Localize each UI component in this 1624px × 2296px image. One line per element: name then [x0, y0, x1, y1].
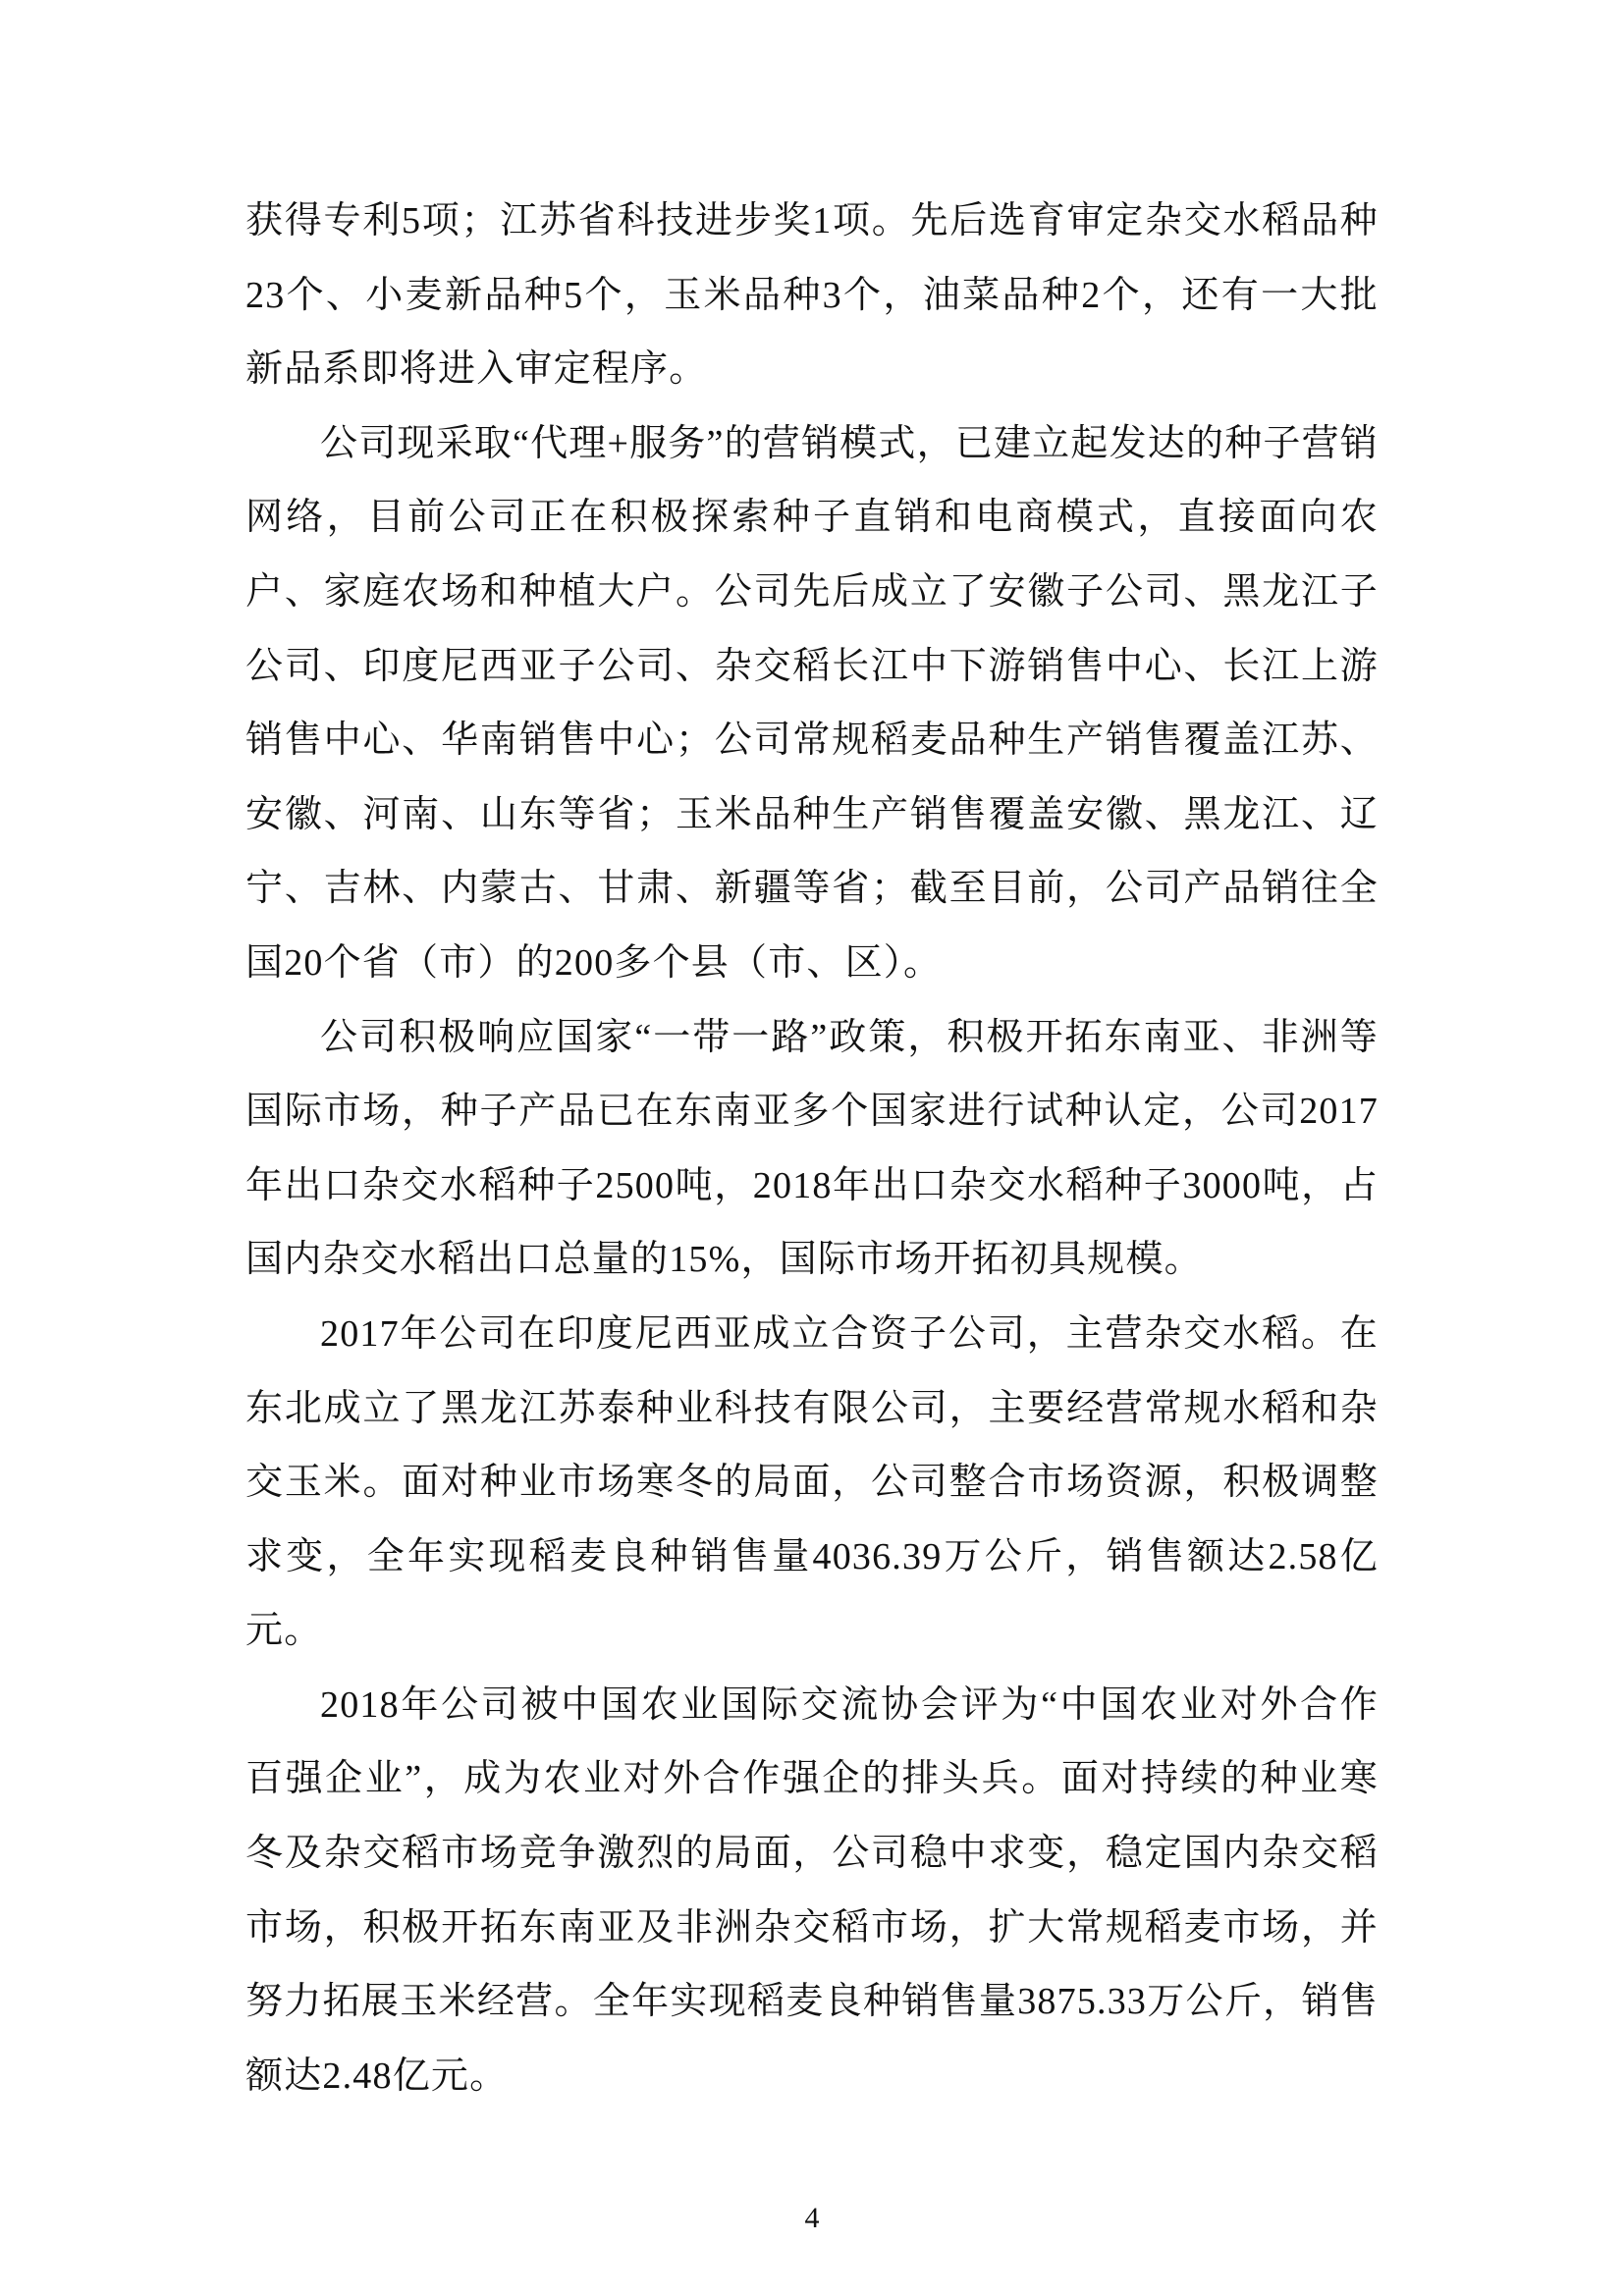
- body-text: 获得专利5项；江苏省科技进步奖1项。先后选育审定杂交水稻品种23个、小麦新品种5…: [245, 185, 1379, 2113]
- paragraph-2018-results: 2018年公司被中国农业国际交流协会评为“中国农业对外合作百强企业”，成为农业对…: [245, 1669, 1379, 2114]
- page-number: 4: [0, 2199, 1624, 2238]
- document-page: 获得专利5项；江苏省科技进步奖1项。先后选育审定杂交水稻品种23个、小麦新品种5…: [0, 0, 1624, 2296]
- paragraph-marketing-network: 公司现采取“代理+服务”的营销模式，已建立起发达的种子营销网络，目前公司正在积极…: [245, 407, 1379, 1001]
- paragraph-patents-varieties: 获得专利5项；江苏省科技进步奖1项。先后选育审定杂交水稻品种23个、小麦新品种5…: [245, 185, 1379, 407]
- paragraph-belt-and-road-export: 公司积极响应国家“一带一路”政策，积极开拓东南亚、非洲等国际市场，种子产品已在东…: [245, 1001, 1379, 1298]
- paragraph-2017-results: 2017年公司在印度尼西亚成立合资子公司，主营杂交水稻。在东北成立了黑龙江苏泰种…: [245, 1298, 1379, 1669]
